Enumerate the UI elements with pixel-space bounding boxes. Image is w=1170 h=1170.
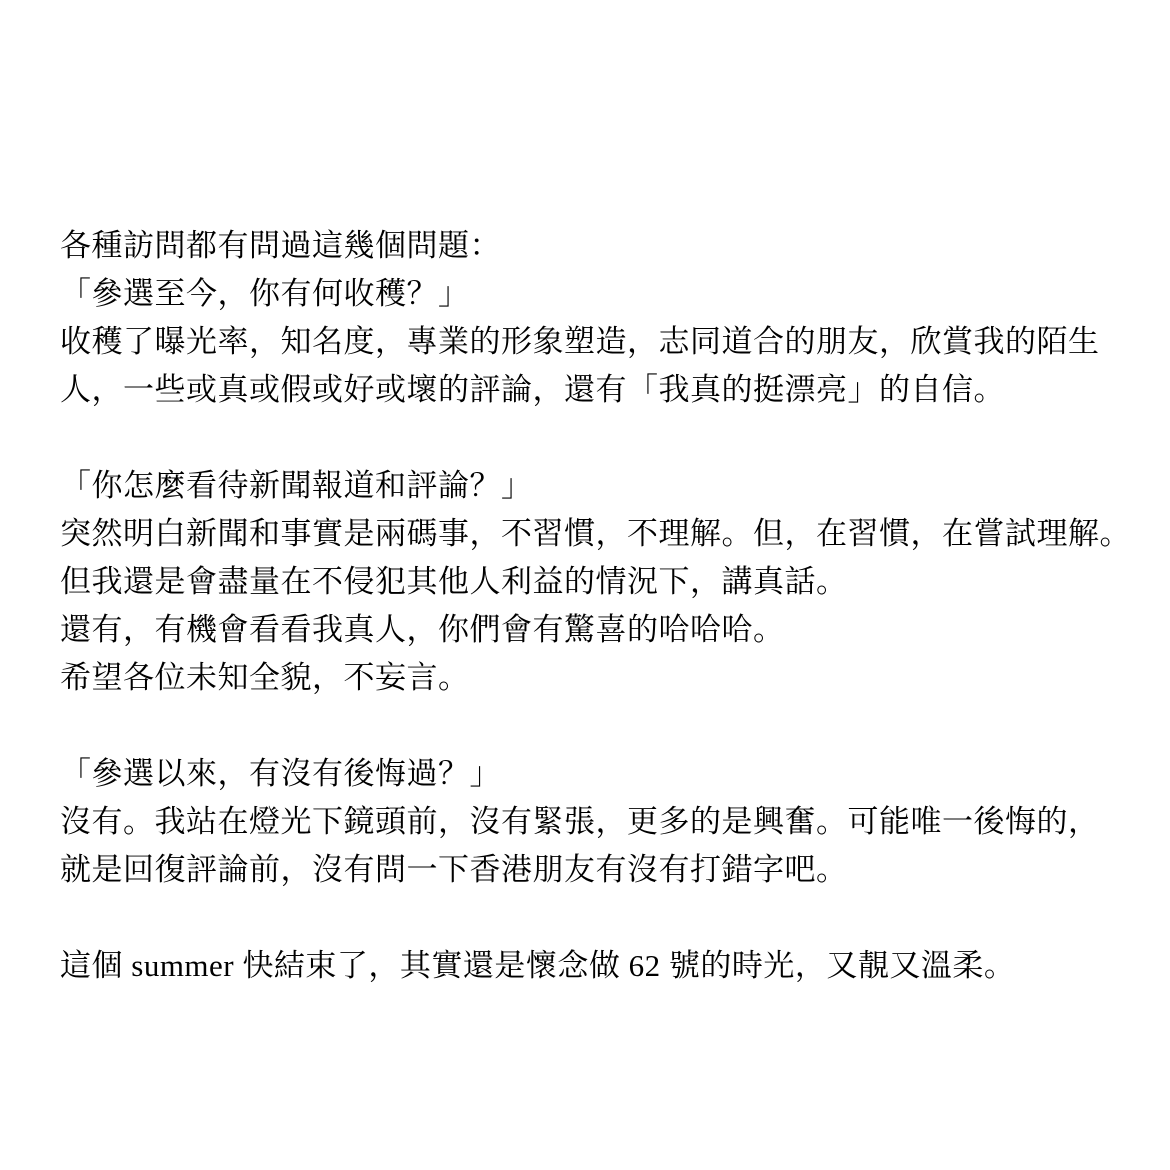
text-line: 還有，有機會看看我真人，你們會有驚喜的哈哈哈。 [60, 606, 1135, 654]
text-line: 這個 summer 快結束了，其實還是懷念做 62 號的時光，又靚又溫柔。 [60, 942, 1135, 990]
interview-text-block: 各種訪問都有問過這幾個問題： 「參選至今，你有何收穫？」 收穫了曝光率，知名度，… [60, 222, 1135, 990]
text-line: 「參選以來，有沒有後悔過？」 [60, 750, 1135, 798]
blank-line [60, 702, 1135, 750]
text-line: 希望各位未知全貌，不妄言。 [60, 654, 1135, 702]
document-page: 各種訪問都有問過這幾個問題： 「參選至今，你有何收穫？」 收穫了曝光率，知名度，… [0, 0, 1170, 1170]
text-line: 就是回復評論前，沒有問一下香港朋友有沒有打錯字吧。 [60, 846, 1135, 894]
text-line: 收穫了曝光率，知名度，專業的形象塑造，志同道合的朋友，欣賞我的陌生 [60, 318, 1135, 366]
text-line: 人，一些或真或假或好或壞的評論，還有「我真的挺漂亮」的自信。 [60, 366, 1135, 414]
text-line: 各種訪問都有問過這幾個問題： [60, 222, 1135, 270]
blank-line [60, 894, 1135, 942]
blank-line [60, 414, 1135, 462]
text-line: 沒有。我站在燈光下鏡頭前，沒有緊張，更多的是興奮。可能唯一後悔的， [60, 798, 1135, 846]
text-line: 「你怎麼看待新聞報道和評論？」 [60, 462, 1135, 510]
text-line: 「參選至今，你有何收穫？」 [60, 270, 1135, 318]
text-line: 突然明白新聞和事實是兩碼事，不習慣，不理解。但，在習慣，在嘗試理解。 [60, 510, 1135, 558]
text-line: 但我還是會盡量在不侵犯其他人利益的情況下，講真話。 [60, 558, 1135, 606]
